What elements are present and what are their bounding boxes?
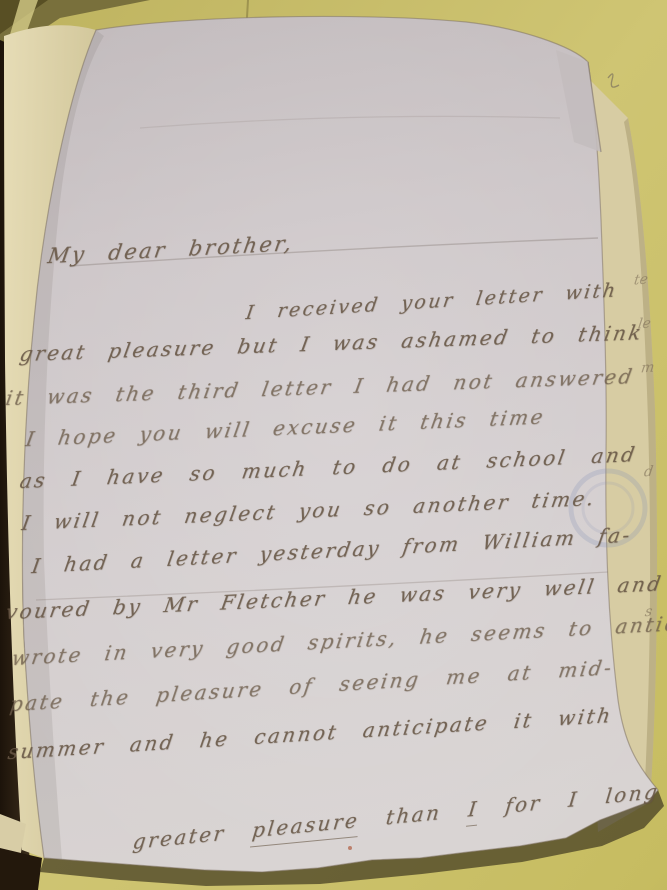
- underlined-word-pleasure: pleasure: [250, 808, 360, 848]
- closing-text: greater: [132, 818, 254, 854]
- photographed-letter: My dear brother, I received your letter …: [0, 0, 667, 890]
- closing-text: for I long to: [477, 774, 667, 821]
- adjacent-page-fragment: le: [637, 315, 652, 332]
- adjacent-page-fragment: te: [633, 271, 649, 288]
- closing-text: than: [358, 797, 470, 832]
- adjacent-page-fragment: m: [640, 359, 656, 376]
